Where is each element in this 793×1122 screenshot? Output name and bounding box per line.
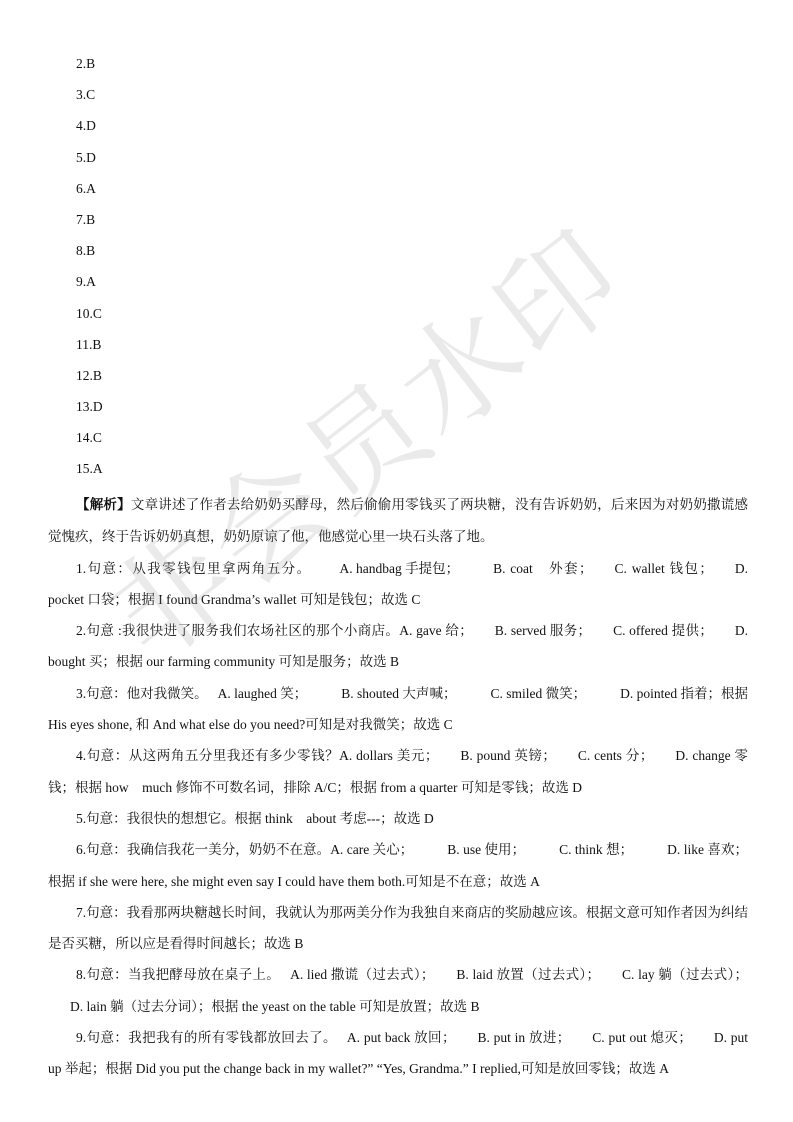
option-a: A. laughed 笑； <box>218 686 308 701</box>
answer-item: 8.B <box>76 242 103 273</box>
option-b: B. laid 放置（过去式）； <box>456 967 600 982</box>
analysis-summary: 【解析】文章讲述了作者去给奶奶买酵母，然后偷偷用零钱买了两块糖，没有告诉奶奶，后… <box>48 489 748 553</box>
option-c: C. offered 提供； <box>613 623 713 638</box>
item-conclusion: 根据 the yeast on the table 可知是放置；故选 B <box>211 999 479 1014</box>
item-lead: 5.句意：我很快的想想它。 <box>76 811 235 826</box>
answer-item: 15.A <box>76 460 103 491</box>
item-lead: 1.句意：从我零钱包里拿两角五分。 <box>76 561 312 576</box>
option-c: C. cents 分； <box>578 748 653 763</box>
explanation-item-9: 9.句意：我把我有的所有零钱都放回去了。A. put back 放回；B. pu… <box>48 1022 748 1085</box>
explanation-item-8: 8.句意：当我把酵母放在桌子上。A. lied 撒谎（过去式）；B. laid … <box>48 959 748 1022</box>
option-d: D. pointed 指着； <box>620 686 721 701</box>
item-lead: 2.句意 :我很快进了服务我们农场社区的那个小商店。 <box>76 623 399 638</box>
answer-item: 9.A <box>76 273 103 304</box>
item-conclusion: 根据 how much 修饰不可数名词，排除 A/C；根据 from a qua… <box>75 780 582 795</box>
option-d: D. lain 躺（过去分词）； <box>70 999 211 1014</box>
answer-item: 11.B <box>76 336 103 367</box>
answer-item: 7.B <box>76 211 103 242</box>
item-lead: 6.句意：我确信我花一美分，奶奶不在意。 <box>76 842 330 857</box>
item-lead: 4.句意：从这两角五分里我还有多少零钱？ <box>76 748 339 763</box>
option-b: B. pound 英镑； <box>460 748 556 763</box>
document-page: 2.B 3.C 4.D 5.D 6.A 7.B 8.B 9.A 10.C 11.… <box>0 0 793 1122</box>
option-a: A. put back 放回； <box>347 1030 456 1045</box>
analysis-label: 【解析】 <box>76 497 131 513</box>
item-conclusion: 根据 Did you put the change back in my wal… <box>105 1061 669 1076</box>
option-a: A. dollars 美元； <box>339 748 438 763</box>
item-lead: 3.句意：他对我微笑。 <box>76 686 208 701</box>
answer-item: 10.C <box>76 305 103 336</box>
answer-item: 3.C <box>76 86 103 117</box>
option-b: B. use 使用； <box>447 842 525 857</box>
option-c: C. think 想； <box>559 842 633 857</box>
option-b: B. served 服务； <box>495 623 591 638</box>
option-b: B. shouted 大声喊； <box>341 686 456 701</box>
item-conclusion: 根据 I found Grandma’s wallet 可知是钱包；故选 C <box>128 592 420 607</box>
answer-item: 5.D <box>76 149 103 180</box>
answer-item: 13.D <box>76 398 103 429</box>
answer-item: 12.B <box>76 367 103 398</box>
item-conclusion: 根据 our farming community 可知是服务；故选 B <box>116 654 399 669</box>
answer-key-list: 2.B 3.C 4.D 5.D 6.A 7.B 8.B 9.A 10.C 11.… <box>76 55 103 492</box>
option-a: A. gave 给； <box>399 623 472 638</box>
item-lead: 8.句意：当我把酵母放在桌子上。 <box>76 967 280 982</box>
item-conclusion: 根据 if she were here, she might even say … <box>48 874 540 889</box>
option-b: B. coat 外套； <box>493 561 592 576</box>
option-c: C. lay 躺（过去式）； <box>622 967 748 982</box>
explanation-item-6: 6.句意：我确信我花一美分，奶奶不在意。A. care 关心；B. use 使用… <box>48 834 748 897</box>
option-a: A. handbag 手提包； <box>312 553 460 584</box>
item-conclusion: 根据 think about 考虑---；故选 D <box>235 811 434 826</box>
explanation-item-1: 1.句意：从我零钱包里拿两角五分。A. handbag 手提包；B. coat … <box>48 553 748 616</box>
analysis-summary-text: 文章讲述了作者去给奶奶买酵母，然后偷偷用零钱买了两块糖，没有告诉奶奶，后来因为对… <box>48 497 748 544</box>
answer-item: 14.C <box>76 429 103 460</box>
answer-item: 4.D <box>76 117 103 148</box>
option-c: C. wallet 钱包； <box>615 561 713 576</box>
answer-item: 6.A <box>76 180 103 211</box>
item-lead: 7.句意：我看那两块糖越长时间，我就认为那两美分作为我独自来商店的奖励越应该。 <box>76 905 586 920</box>
explanation-item-3: 3.句意：他对我微笑。A. laughed 笑；B. shouted 大声喊；C… <box>48 678 748 741</box>
option-b: B. put in 放进； <box>477 1030 570 1045</box>
option-c: C. put out 熄灭； <box>592 1030 692 1045</box>
explanation-item-2: 2.句意 :我很快进了服务我们农场社区的那个小商店。A. gave 给；B. s… <box>48 615 748 678</box>
explanation-item-5: 5.句意：我很快的想想它。根据 think about 考虑---；故选 D <box>48 803 748 834</box>
option-a: A. lied 撒谎（过去式）； <box>290 967 434 982</box>
explanation-item-7: 7.句意：我看那两块糖越长时间，我就认为那两美分作为我独自来商店的奖励越应该。根… <box>48 897 748 960</box>
option-c: C. smiled 微笑； <box>490 686 586 701</box>
answer-item: 2.B <box>76 55 103 86</box>
analysis-section: 【解析】文章讲述了作者去给奶奶买酵母，然后偷偷用零钱买了两块糖，没有告诉奶奶，后… <box>48 489 748 1085</box>
item-lead: 9.句意：我把我有的所有零钱都放回去了。 <box>76 1030 337 1045</box>
option-d: D. like 喜欢； <box>667 842 748 857</box>
explanation-item-4: 4.句意：从这两角五分里我还有多少零钱？A. dollars 美元；B. pou… <box>48 740 748 803</box>
option-a: A. care 关心； <box>330 842 413 857</box>
